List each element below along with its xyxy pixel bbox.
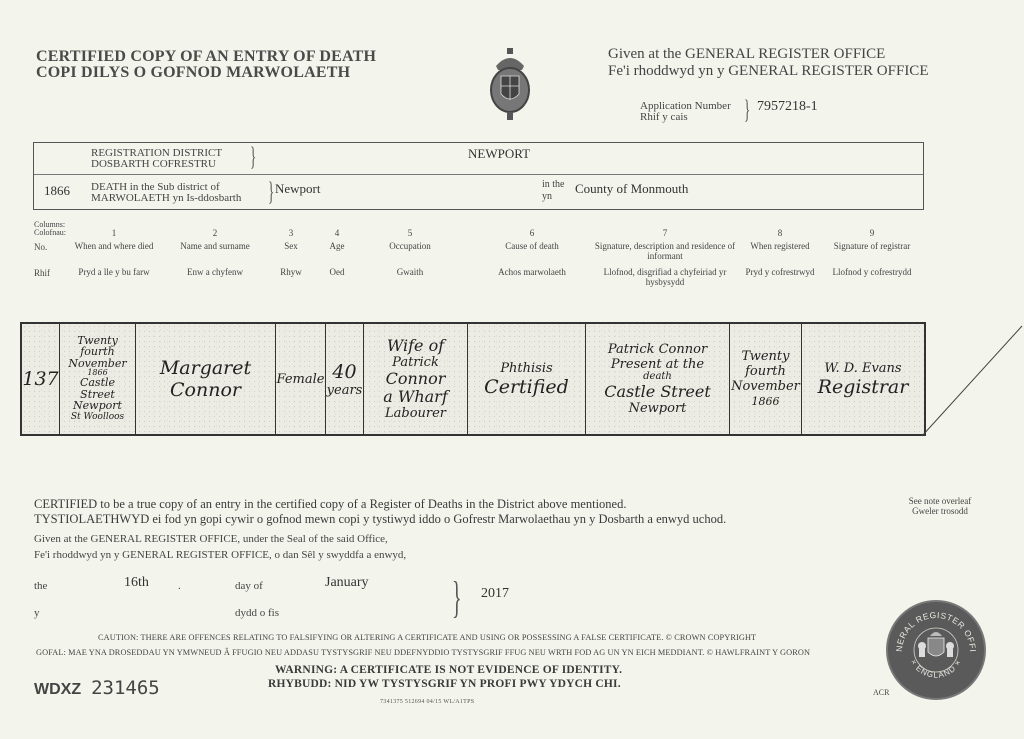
column-header-1: 1 When and where died Pryd a lle y bu fa… [68, 228, 160, 277]
brace-icon: } [268, 181, 274, 203]
column-header-no-cy: Rhif [34, 268, 50, 278]
cancel-diagonal-line [918, 320, 1024, 440]
issue-year: 2017 [481, 586, 509, 602]
column-header-5: 5 Occupation Gwaith [370, 228, 450, 277]
sub-district-label-cy: MARWOLAETH yn Is-ddosbarth [91, 192, 241, 204]
document-title-en: CERTIFIED COPY OF AN ENTRY OF DEATH [36, 48, 376, 65]
brace-icon: } [744, 99, 750, 121]
columns-label-cy: Colofnau: [34, 229, 66, 237]
column-header-7: 7 Signature, description and residence o… [590, 228, 740, 287]
entry-registrar: W. D. Evans Registrar [802, 324, 924, 434]
registration-year: 1866 [44, 183, 70, 199]
entry-cause: Phthisis Certified [468, 324, 586, 434]
entry-sex: Female [276, 324, 326, 434]
given-under-seal-en: Given at the GENERAL REGISTER OFFICE, un… [34, 533, 388, 546]
entry-when-where: Twenty fourth November 1866 Castle Stree… [60, 324, 136, 434]
county-prefix-en: in the [542, 180, 565, 190]
certification-statement-cy: TYSTIOLAETHWYD ei fod yn gopi cywir o go… [34, 512, 726, 527]
date-the-en: the [34, 580, 47, 593]
date-the-cy: y [34, 607, 40, 620]
column-header-8: 8 When registered Pryd y cofrestrwyd [740, 228, 820, 277]
date-dot: . [178, 580, 181, 593]
application-number: 7957218-1 [757, 99, 818, 115]
royal-crest-icon [488, 48, 532, 122]
application-number-label-cy: Rhif y cais [640, 112, 688, 123]
general-register-office-seal: GENERAL REGISTER OFFICE × ENGLAND × [886, 600, 986, 700]
entry-occupation: Wife of Patrick Connor a Wharf Labourer [364, 324, 468, 434]
certification-statement-en: CERTIFIED to be a true copy of an entry … [34, 497, 626, 512]
column-header-no-en: No. [34, 242, 47, 252]
county-value: County of Monmouth [575, 181, 688, 197]
issue-month: January [325, 575, 369, 591]
document-title-cy: COPI DILYS O GOFNOD MARWOLAETH [36, 64, 350, 81]
registration-district-value: NEWPORT [468, 146, 530, 162]
given-under-seal-cy: Fe'i rhoddwyd yn y GENERAL REGISTER OFFI… [34, 549, 406, 562]
given-at-gro-cy: Fe'i rhoddwyd yn y GENERAL REGISTER OFFI… [608, 63, 928, 80]
column-header-4: 4 Age Oed [322, 228, 352, 277]
warning-notice-cy: RHYBUDD: NID YW TYSTYSGRIF YN PROFI PWY … [268, 678, 621, 691]
column-header-6: 6 Cause of death Achos marwolaeth [488, 228, 576, 277]
certificate-serial-number: WDXZ231465 [34, 677, 160, 699]
registration-district-label-cy: DOSBARTH COFRESTRU [91, 158, 216, 170]
brace-icon: } [250, 146, 256, 168]
entry-when-registered: Twenty fourth November 1866 [730, 324, 802, 434]
brace-icon: } [452, 576, 462, 620]
warning-notice-en: WARNING: A CERTIFICATE IS NOT EVIDENCE O… [275, 664, 622, 677]
given-at-gro-en: Given at the GENERAL REGISTER OFFICE [608, 46, 885, 63]
caution-notice-en: CAUTION: THERE ARE OFFENCES RELATING TO … [98, 633, 756, 643]
county-prefix-cy: yn [542, 192, 552, 202]
column-header-2: 2 Name and surname Enw a chyfenw [172, 228, 258, 277]
column-header-3: 3 Sex Rhyw [276, 228, 306, 277]
divider [34, 174, 923, 175]
caution-notice-cy: GOFAL: MAE YNA DROSEDDAU YN YMWNEUD Â FF… [36, 648, 810, 658]
print-code: 7341375 512694 04/15 WL/A1TPS [380, 699, 474, 705]
entry-informant: Patrick Connor Present at the death Cast… [586, 324, 730, 434]
entry-age: 40 years [326, 324, 364, 434]
date-day-of-en: day of [235, 580, 263, 593]
initials: ACR [873, 688, 889, 697]
date-day-of-cy: dydd o fis [235, 607, 279, 620]
issue-day: 16th [124, 575, 149, 591]
column-header-9: 9 Signature of registrar Llofnod y cofre… [822, 228, 922, 277]
entry-number: 137 [22, 324, 60, 434]
see-note-overleaf: See note overleaf Gweler trosodd [898, 496, 982, 516]
sub-district-value: Newport [275, 181, 321, 197]
death-entry-row: 137 Twenty fourth November 1866 Castle S… [20, 322, 926, 436]
entry-name: Margaret Connor [136, 324, 276, 434]
